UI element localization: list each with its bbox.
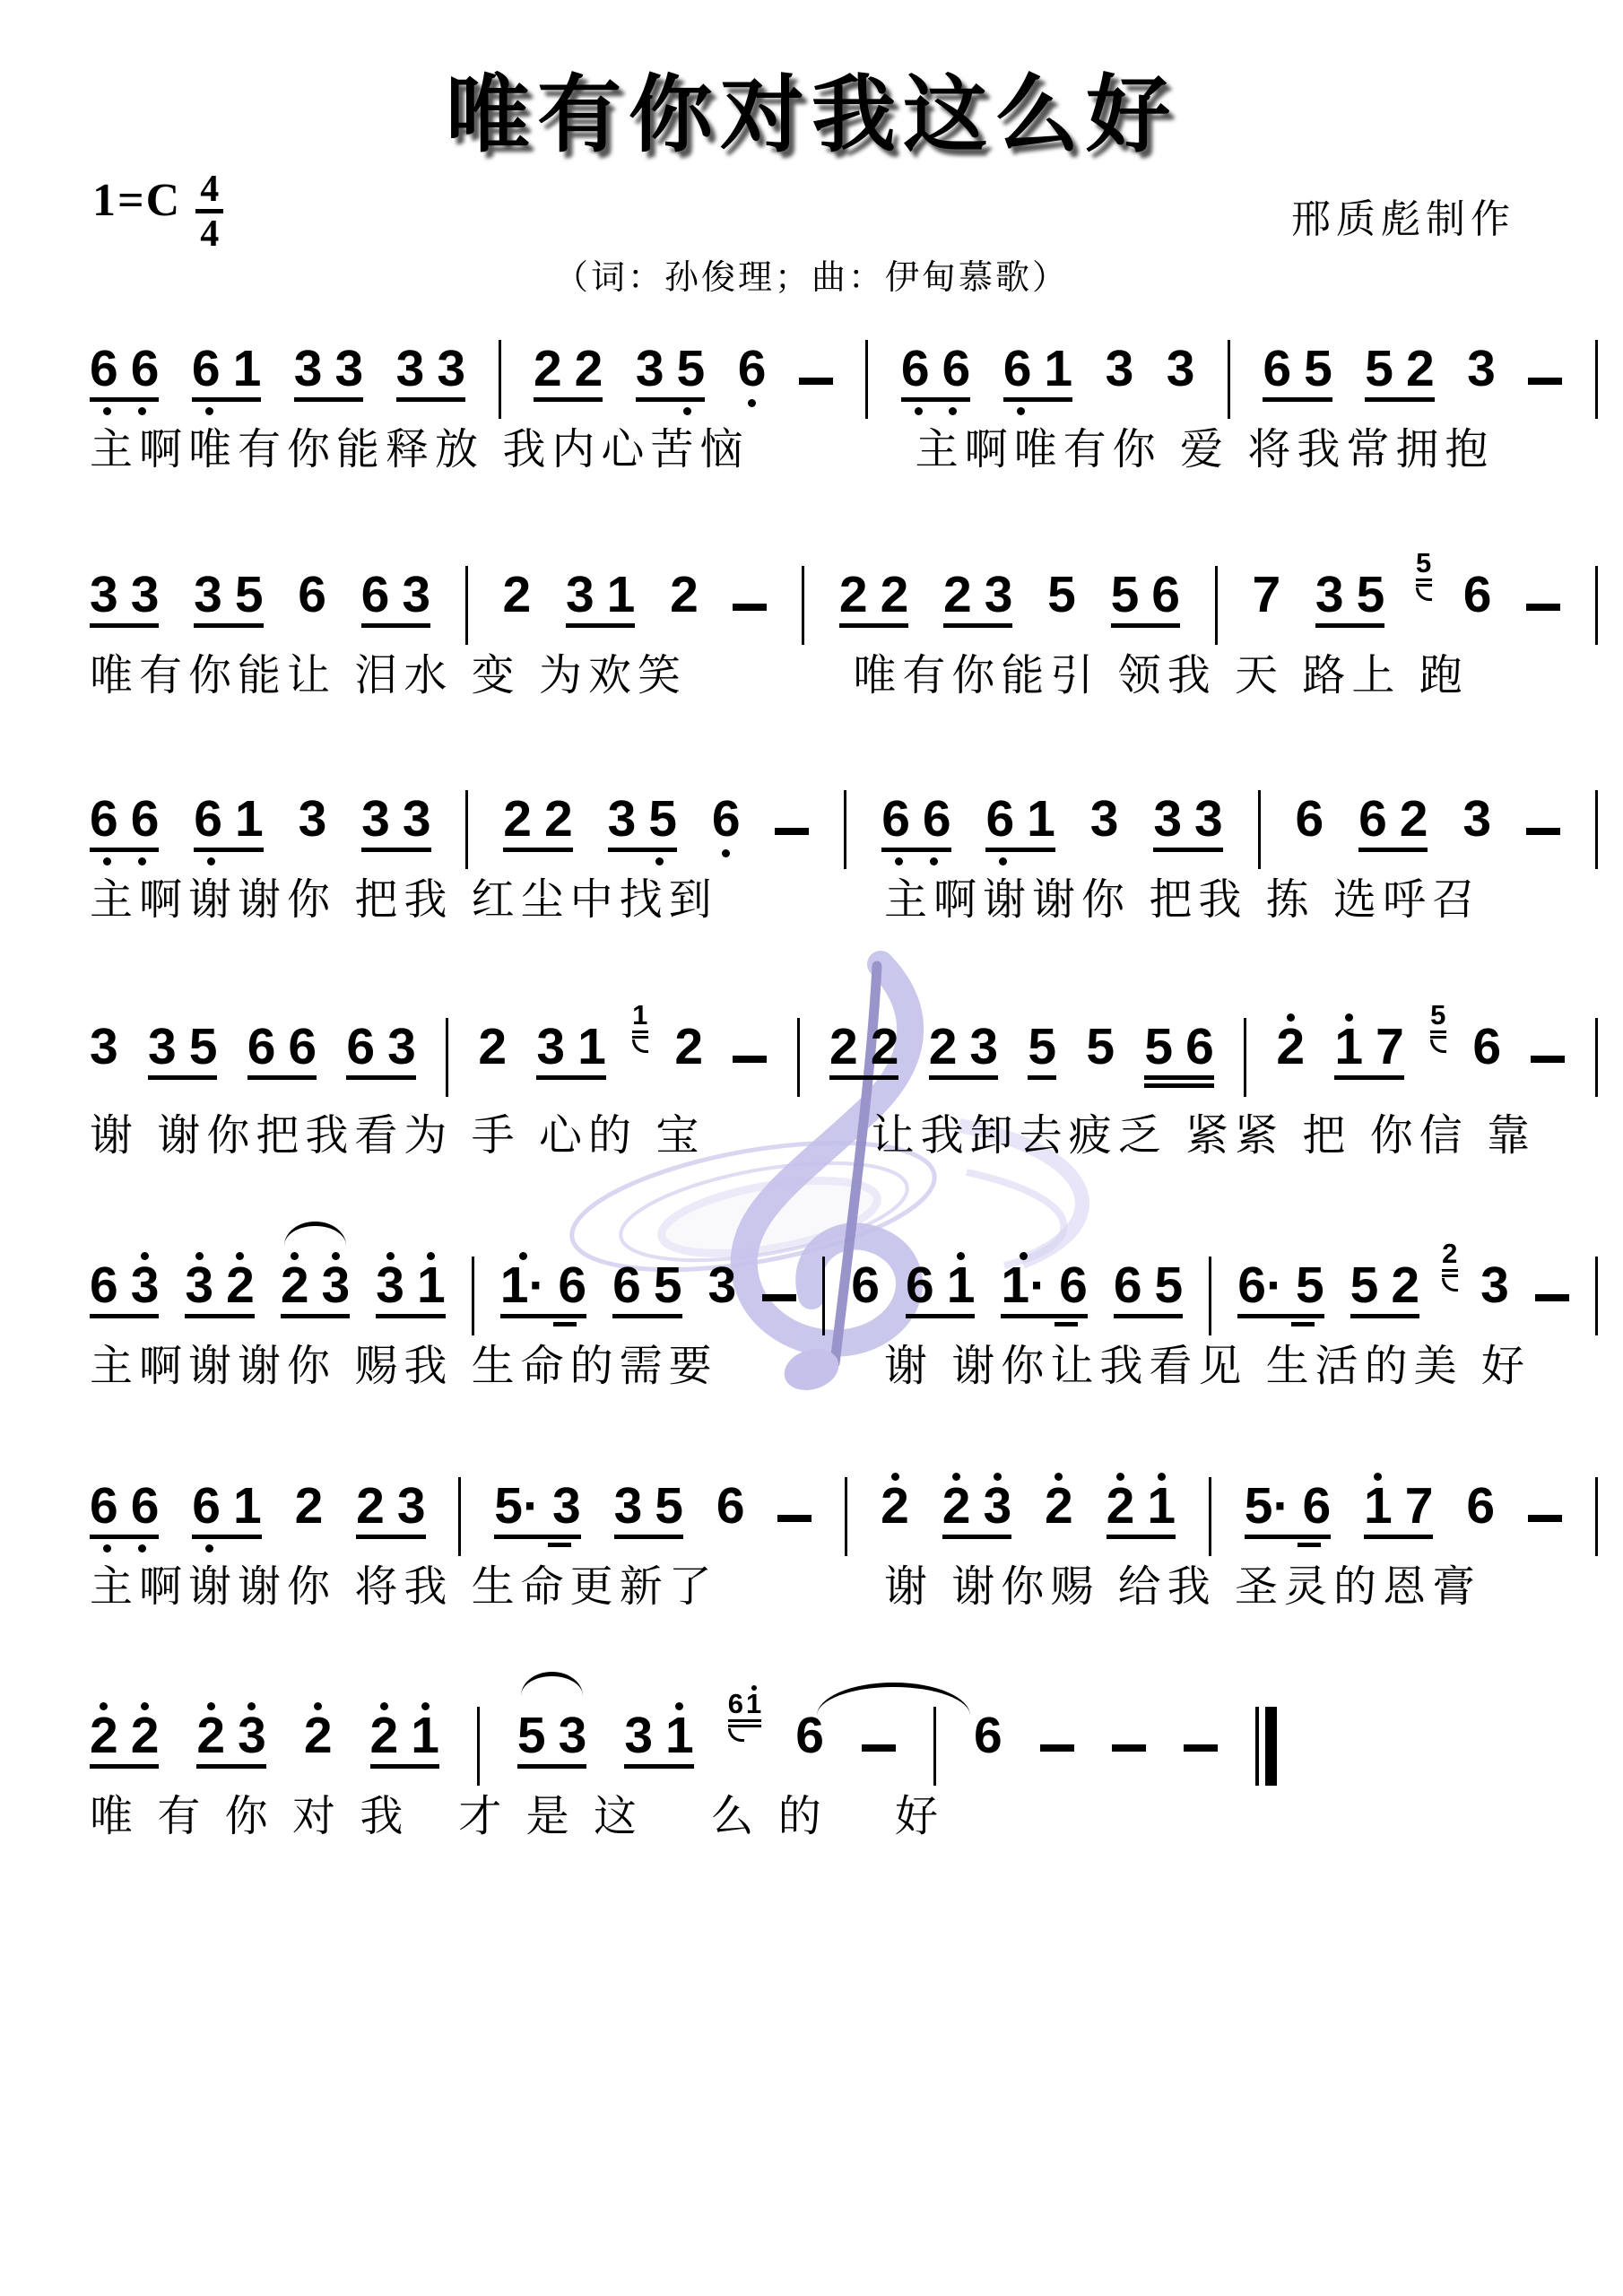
note-digits-row: 23 (356, 1465, 425, 1531)
octave-slot-bottom (1047, 622, 1076, 638)
note: 6 (942, 328, 971, 394)
note-group: 33 (90, 554, 159, 646)
note-group: 5·6 (1245, 1465, 1331, 1557)
note: 2 (674, 1006, 703, 1090)
note: 2 (478, 1006, 507, 1072)
octave-cell-bottom (901, 404, 936, 420)
note-digit: 3 (131, 1260, 160, 1310)
note: 2 (1391, 1245, 1419, 1310)
octave-cell-bottom (231, 1770, 266, 1787)
note: 6 (90, 328, 118, 394)
note: 5 (1028, 1006, 1056, 1072)
note-group: 33 (361, 778, 430, 870)
octave-slot-bottom (194, 854, 263, 870)
note-digit: 5 (1155, 1260, 1184, 1310)
note: 6 (1295, 778, 1324, 862)
octave-cell-bottom (90, 854, 125, 870)
octave-slot-bottom (90, 1770, 159, 1787)
note-digit: 3 (624, 1710, 653, 1761)
note-digits-row: 31 (566, 554, 635, 620)
note-digits-row: 6 (1295, 778, 1324, 844)
note-digit: 1 (1027, 794, 1055, 844)
note-group: 63 (90, 1245, 159, 1336)
grace-note-digit: 2 (1442, 1240, 1457, 1267)
note-digit: 2 (1391, 1260, 1419, 1310)
octave-cell-bottom (1045, 1533, 1073, 1549)
note: 3 (1153, 778, 1182, 844)
octave-cell-bottom (1028, 1082, 1056, 1098)
note-digit: 6 (795, 1710, 824, 1761)
note: 3 (397, 1465, 426, 1531)
note: 5 (1144, 1006, 1173, 1072)
note-digit: 2 (1045, 1481, 1073, 1531)
note: 6 (1263, 328, 1291, 394)
note: 3 (608, 778, 637, 844)
octave-cell-bottom (1020, 854, 1055, 870)
note-group: 63 (361, 554, 430, 646)
octave-cell-bottom (636, 404, 671, 420)
grace-beam-underline (1442, 1274, 1458, 1277)
note-digit: 3 (238, 1710, 266, 1761)
note-group: 22 (829, 1006, 898, 1098)
note-digit: 6 (712, 794, 741, 844)
octave-cell-bottom (356, 1541, 391, 1557)
octave-cell-bottom (1145, 630, 1180, 646)
note-digit: 3 (1090, 794, 1119, 844)
note-group: 21 (370, 1695, 439, 1787)
note-digit: 3 (566, 570, 595, 620)
octave-slot-bottom (708, 1312, 737, 1328)
octave-dot-low (103, 1544, 111, 1552)
note-digit: 6 (1466, 1481, 1495, 1531)
note-digit: 3 (552, 1481, 581, 1531)
note-digits-row: 6·5 (1237, 1245, 1324, 1310)
note-group: 53 (517, 1695, 586, 1787)
octave-slot-bottom (1237, 1320, 1324, 1336)
note: 3 (552, 1465, 581, 1531)
octave-slot-bottom (90, 854, 159, 870)
note-digit: 3 (1153, 794, 1182, 844)
note: 2 (575, 328, 603, 394)
note-digits-row: 3 (299, 778, 327, 844)
music-line-6: 66612235·33562232215·6176主啊谢谢你 将我 生命更新了 … (90, 1465, 1598, 1613)
note: 2 (1045, 1465, 1073, 1531)
beam-underline (534, 397, 603, 402)
note-digit: 5 (677, 344, 706, 394)
octave-slot-bottom (1334, 1082, 1403, 1098)
note-digit: 5 (1350, 1260, 1379, 1310)
note: 2 (304, 1695, 333, 1779)
note-digit: 2 (575, 344, 603, 394)
grace-note-digit: 6 (728, 1691, 743, 1718)
beam-underline (192, 1535, 261, 1539)
note-digits-row: 6 (851, 1245, 880, 1310)
note-digit: 3 (437, 344, 465, 394)
note-digits-row: 33 (294, 328, 363, 394)
note: 6 (1295, 778, 1324, 844)
note-group: 33 (396, 328, 465, 420)
score-area: 666133332235666613365523主啊唯有你能释放 我内心苦恼 主… (0, 0, 1623, 2296)
note-digit: 6 (881, 794, 910, 844)
note: 1 (411, 1695, 439, 1761)
note-digit: 2 (478, 1022, 507, 1072)
note-digits-row: 23 (943, 554, 1012, 620)
note-digit: 3 (185, 1260, 213, 1310)
note-digit: 6 (1358, 794, 1387, 844)
note: 6 (247, 1006, 276, 1072)
grace-note: 5 (1416, 540, 1432, 601)
note-digit: 2 (1400, 794, 1428, 844)
note: 3 (985, 554, 1013, 620)
octave-slot-bottom (906, 1320, 975, 1336)
octave-cell-bottom (1358, 854, 1393, 870)
octave-slot-bottom (346, 1082, 415, 1098)
octave-slot-bottom (795, 1762, 824, 1779)
note-digits-row: 23 (929, 1006, 998, 1072)
octave-cell-bottom (395, 630, 430, 646)
note-digits-row: 65 (612, 1245, 681, 1310)
duration-dash (1535, 1294, 1569, 1301)
octave-dot-low (748, 399, 756, 407)
octave-cell-bottom (738, 396, 767, 412)
octave-dot-low (205, 407, 213, 415)
note-digits-row: 33 (90, 554, 159, 620)
note-group: 22 (534, 328, 603, 420)
octave-cell-bottom (1263, 404, 1298, 420)
note: 2 (871, 1006, 899, 1072)
grace-beam-underline (632, 1036, 648, 1039)
beam-underline (361, 848, 430, 852)
note-group: 35 (1315, 554, 1384, 646)
note-digits-row: 5 (1086, 1006, 1115, 1072)
grace-note-digit-cell: 2 (1442, 1231, 1457, 1267)
note: 3 (1194, 778, 1223, 844)
note-digits-row: 6 (712, 778, 741, 844)
octave-slot-bottom (566, 630, 635, 646)
note-group: 23 (929, 1006, 998, 1098)
note: 5 (654, 1245, 682, 1310)
note-digit: 5 (1365, 344, 1393, 394)
octave-cell-bottom (1167, 396, 1195, 412)
note: 3 (402, 554, 430, 620)
octave-dot-low (103, 407, 111, 415)
octave-cell-bottom (864, 1082, 899, 1098)
note-digit: 3 (1467, 344, 1496, 394)
note: 6 (901, 328, 930, 394)
octave-slot-bottom (494, 1541, 580, 1557)
note-digit: 6 (131, 1481, 160, 1531)
barline (933, 1707, 936, 1786)
note: 6 (298, 554, 326, 620)
note-digits-row: 66 (247, 1006, 317, 1072)
note: 3 (1480, 1245, 1509, 1328)
octave-cell-bottom (247, 1082, 282, 1098)
octave-slot-bottom (194, 630, 263, 646)
note-group: 56 (1144, 1006, 1213, 1106)
octave-cell-bottom (1047, 622, 1076, 638)
octave-cell-bottom (1252, 622, 1280, 638)
note-group: 35 (636, 328, 705, 420)
octave-slot-bottom (1106, 396, 1134, 412)
note: 6 (1463, 554, 1492, 638)
note: 3 (334, 328, 363, 394)
note-digit: 6 (346, 1022, 375, 1072)
octave-cell-bottom (194, 854, 229, 870)
octave-slot-bottom (1350, 1320, 1419, 1336)
beam-underline (1245, 1535, 1331, 1539)
octave-slot-bottom (478, 1074, 507, 1090)
note-group: 23 (356, 1465, 425, 1557)
note-group: 35 (614, 1465, 683, 1557)
beam-underline (1153, 848, 1222, 852)
duration-dash (1112, 1744, 1146, 1752)
octave-slot-bottom (839, 630, 908, 646)
octave-slot-bottom (1045, 1533, 1073, 1549)
octave-cell-bottom (503, 622, 532, 638)
note: 2 (674, 1006, 703, 1072)
note: 3 (131, 1245, 160, 1310)
octave-slot-bottom (1001, 1320, 1087, 1336)
octave-cell-bottom (1369, 1082, 1404, 1098)
octave-cell-bottom (1245, 1541, 1288, 1557)
beam-underline (361, 623, 430, 628)
note: 6 (1185, 1006, 1214, 1072)
octave-slot-bottom (1463, 622, 1492, 638)
octave-cell-bottom (304, 1762, 333, 1779)
final-barline (1255, 1707, 1277, 1786)
note: 2 (881, 554, 909, 620)
beam-underline (929, 1075, 998, 1080)
note-group: 31 (376, 1245, 445, 1336)
grace-note: 1 (632, 992, 648, 1053)
note-digits-row: 35 (608, 778, 677, 844)
beam-underline (1263, 397, 1332, 402)
note-digit: 6 (361, 570, 390, 620)
octave-slot-bottom (624, 1770, 693, 1787)
note-digit: 6 (738, 344, 767, 394)
note-digit: 2 (295, 1481, 324, 1531)
note-digits-row: 33 (361, 778, 430, 844)
octave-slot-bottom (90, 1074, 118, 1090)
note-digit: 6 (192, 344, 221, 394)
note-digit: 2 (839, 570, 868, 620)
note-digits-row: 31 (624, 1695, 693, 1761)
octave-cell-bottom (538, 1541, 581, 1557)
note: 6 (346, 1006, 375, 1072)
note: 6 (1472, 1006, 1501, 1090)
note-digit: 5 (648, 794, 677, 844)
note: 6 (192, 328, 221, 394)
note-digits-row: 35 (194, 554, 263, 620)
octave-cell-bottom (370, 1770, 405, 1787)
note-digit: 3 (969, 1022, 998, 1072)
note: 1 (947, 1245, 976, 1310)
note: 2 (478, 1006, 507, 1090)
notes-row: 33356632312222355673556 (90, 554, 1598, 646)
note-group: 17 (1364, 1465, 1433, 1557)
note: 6 (1151, 554, 1180, 620)
beam-underline (839, 623, 908, 628)
note-digit: 5 (1028, 1022, 1056, 1072)
octave-cell-bottom (430, 404, 465, 420)
octave-cell-bottom (624, 1770, 659, 1787)
octave-cell-bottom (1334, 1082, 1369, 1098)
octave-dot-low (655, 857, 664, 865)
note-digits-row: 6 (1466, 1465, 1495, 1531)
note-group: 66 (90, 1465, 159, 1557)
note-digits-row: 63 (346, 1006, 415, 1072)
octave-slot-bottom (299, 846, 327, 862)
note: 3 (1462, 778, 1491, 862)
octave-slot-bottom (396, 404, 465, 420)
note: 6 (361, 554, 390, 620)
note-digit: 5 (1047, 570, 1076, 620)
note-digits-row: 6 (1472, 1006, 1501, 1072)
octave-cell-bottom (874, 630, 909, 646)
octave-slot-bottom (1365, 404, 1434, 420)
octave-cell-bottom (536, 1082, 571, 1098)
note: 5 (517, 1695, 546, 1761)
octave-cell-bottom (670, 622, 699, 638)
octave-cell-bottom (125, 404, 160, 420)
barline (1215, 566, 1218, 645)
note-digit: 5 (1111, 570, 1140, 620)
octave-cell-bottom (316, 1320, 351, 1336)
note: 7 (1252, 554, 1280, 638)
duration-dash (862, 1744, 896, 1752)
note-digit: 3 (536, 1022, 565, 1072)
note-group: 6·5 (1237, 1245, 1324, 1336)
note-digit: 3 (985, 570, 1013, 620)
note: 3 (90, 1006, 118, 1090)
octave-cell-bottom (1315, 630, 1350, 646)
duration-dash (1528, 1515, 1562, 1522)
octave-cell-bottom (839, 630, 874, 646)
octave-cell-bottom (361, 630, 396, 646)
grace-slur-hook (632, 1039, 648, 1053)
note-digit: 1 (233, 1481, 262, 1531)
note-digit: 3 (131, 570, 160, 620)
barline (1595, 1257, 1598, 1335)
note-digits-row: 6 (795, 1695, 824, 1761)
note: 1 (577, 1006, 606, 1072)
grace-beam-underline (728, 1725, 762, 1727)
octave-cell-bottom (1480, 1312, 1509, 1328)
note-digits-row: 5 (1028, 1006, 1056, 1072)
octave-cell-bottom (716, 1533, 745, 1549)
note-digit: 5 (189, 1022, 218, 1072)
grace-beam-underline (1442, 1269, 1458, 1272)
note: 6 (192, 1465, 221, 1531)
note-digits-row: 56 (1111, 554, 1180, 620)
beam-underline (1358, 848, 1428, 852)
note: 6 (906, 1245, 934, 1310)
barline (865, 340, 868, 419)
note-digit: 3 (403, 794, 431, 844)
beam-underline (881, 848, 950, 852)
note: 2 (295, 1465, 324, 1549)
note-digit: 6 (288, 1022, 317, 1072)
note: 5 (1086, 1006, 1115, 1090)
grace-digits-row: 5 (1430, 992, 1445, 1029)
note-digit: 3 (559, 1710, 587, 1761)
note-digit: 3 (322, 1260, 351, 1310)
dash-rest (775, 778, 809, 835)
note-digit: 2 (304, 1710, 333, 1761)
note: 6 (923, 778, 951, 844)
note-digits-row: 66 (90, 328, 159, 394)
beam-underline (1237, 1314, 1324, 1318)
note-digit: 6 (90, 794, 118, 844)
note: 2 (943, 554, 972, 620)
octave-cell-bottom (985, 854, 1020, 870)
octave-cell-bottom (929, 1082, 964, 1098)
octave-slot-bottom (536, 1082, 605, 1098)
beam-underline (247, 1075, 317, 1080)
note-group: 23 (942, 1465, 1011, 1557)
note-digits-row: 2 (881, 1465, 909, 1531)
octave-cell-bottom (294, 404, 329, 420)
note-digits-row: 23 (196, 1695, 265, 1761)
note: 3 (403, 778, 431, 844)
dash-rest (1535, 1245, 1569, 1301)
barline (845, 1477, 847, 1556)
note-digits-row: 3 (1462, 778, 1491, 844)
octave-cell-bottom (328, 404, 363, 420)
note-digit: 1· (1001, 1260, 1046, 1310)
beam-underline (1334, 1075, 1403, 1080)
note: 6 (1472, 1006, 1501, 1072)
octave-dot-low (949, 407, 957, 415)
octave-cell-bottom (568, 404, 603, 420)
octave-cell-bottom (612, 1320, 647, 1336)
octave-cell-bottom (494, 1541, 537, 1557)
octave-cell-bottom (1288, 1541, 1331, 1557)
barline (477, 1707, 480, 1786)
note-digits-row: 3 (1467, 328, 1496, 394)
note-digit: 5 (655, 1481, 683, 1531)
note-group: 66 (90, 778, 159, 870)
note-digits-row: 66 (90, 778, 159, 844)
beam-underline (500, 1314, 586, 1318)
lyrics-line: 谢 谢你把我看为 手 心的 宝 让我卸去疲乏 紧紧 把 你信 靠 (90, 1110, 1598, 1162)
octave-cell-bottom (659, 1770, 694, 1787)
note-group: 23 (281, 1245, 350, 1336)
octave-cell-bottom (478, 1074, 507, 1090)
note: 3 (396, 328, 425, 394)
note-digit: 3 (90, 1022, 118, 1072)
note-digit: 1 (1044, 344, 1072, 394)
note-group: 22 (90, 1695, 159, 1787)
grace-digits-row: 2 (1442, 1231, 1457, 1267)
note: 1 (233, 1465, 262, 1531)
octave-cell-bottom (346, 1082, 381, 1098)
note-digit: 1 (417, 1260, 446, 1310)
octave-cell-bottom (976, 1541, 1011, 1557)
octave-slot-bottom (1263, 404, 1332, 420)
note-digit: 2 (503, 570, 532, 620)
note: 6 (131, 778, 160, 844)
note-digit: 3 (614, 1481, 643, 1531)
note: 1 (233, 328, 262, 394)
octave-cell-bottom (391, 1541, 426, 1557)
grace-slur-hook (1416, 587, 1432, 601)
octave-cell-bottom (851, 1312, 880, 1328)
note-digits-row: 5·3 (494, 1465, 580, 1531)
octave-cell-bottom (1090, 846, 1119, 862)
octave-slot-bottom (370, 1770, 439, 1787)
beam-underline (281, 1314, 350, 1318)
